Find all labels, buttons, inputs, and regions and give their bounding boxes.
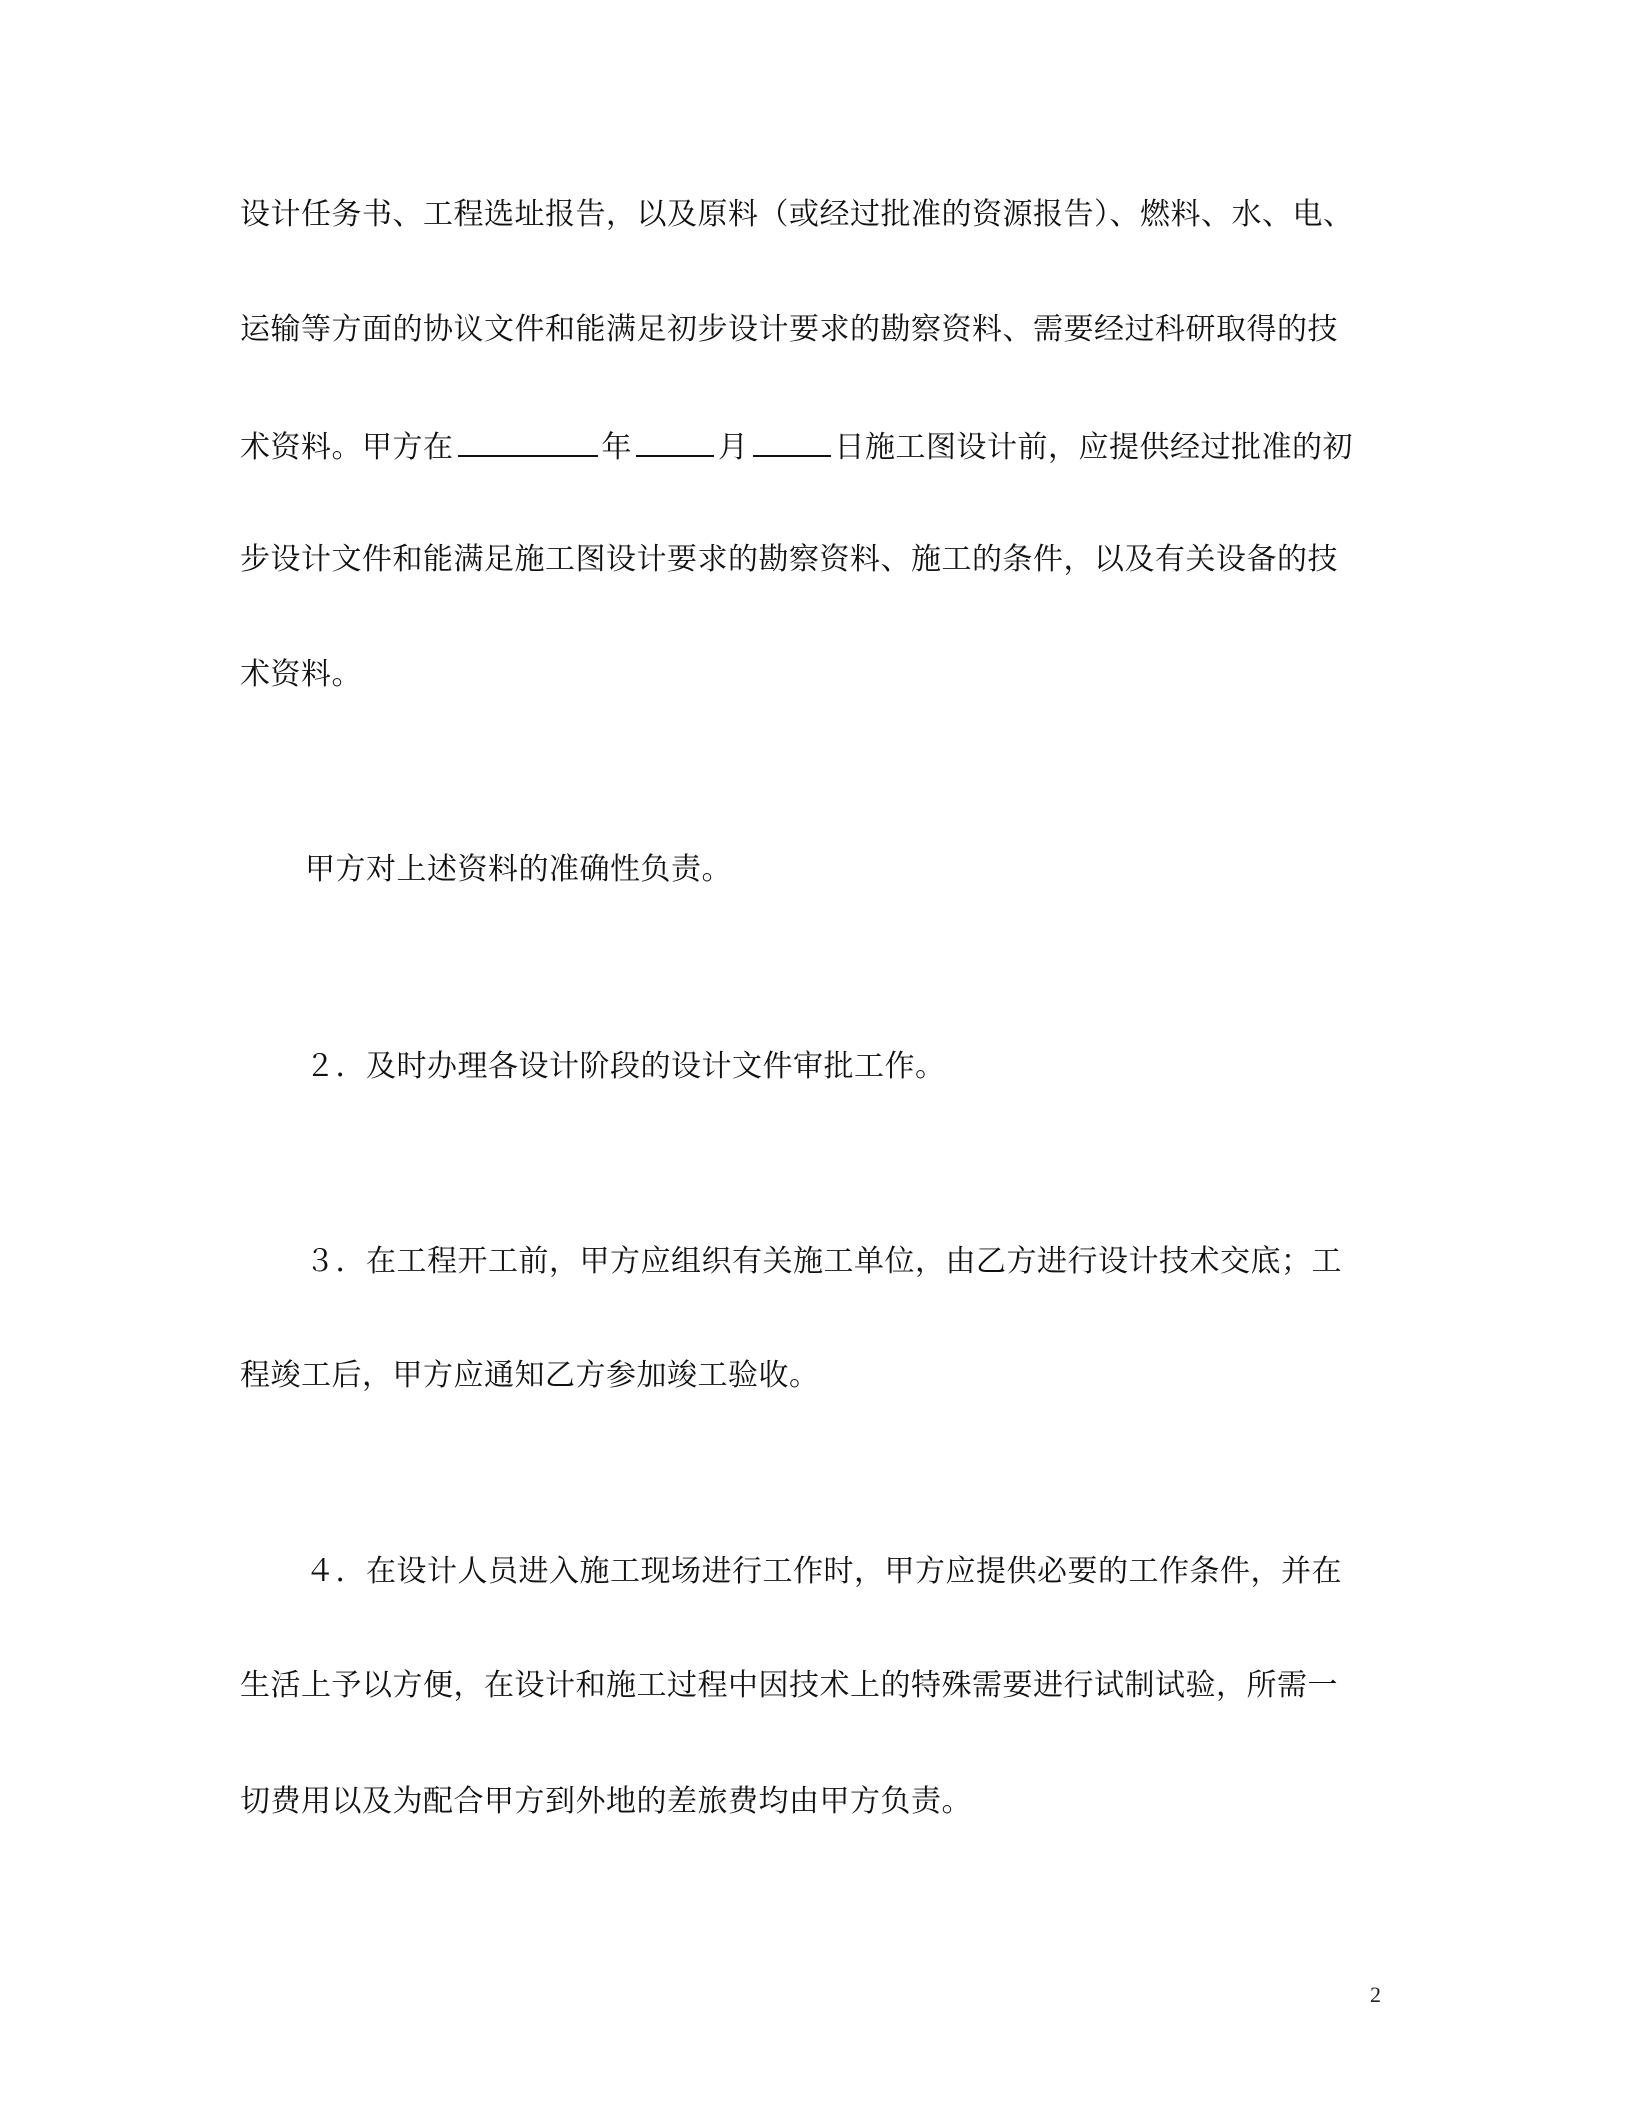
paragraph-1-line-4: 步设计文件和能满足施工图设计要求的勘察资料、施工的条件，以及有关设备的技 <box>240 540 1338 580</box>
paragraph-1-line-2: 运输等方面的协议文件和能满足初步设计要求的勘察资料、需要经过科研取得的技 <box>240 310 1338 350</box>
clause-item-2: ２．及时办理各设计阶段的设计文件审批工作。 <box>305 1047 946 1087</box>
year-label: 年 <box>602 430 633 465</box>
month-blank-field[interactable] <box>636 425 714 457</box>
page-number: 2 <box>1370 1982 1381 2008</box>
clause-item-4-line-1: ４．在设计人员进入施工现场进行工作时，甲方应提供必要的工作条件，并在 <box>305 1552 1342 1592</box>
paragraph-1-line-3: 术资料。甲方在年月日施工图设计前，应提供经过批准的初 <box>240 425 1353 468</box>
document-page: 设计任务书、工程选址报告，以及原料（或经过批准的资源报告）、燃料、水、电、 运输… <box>0 0 1632 2112</box>
paragraph-2: 甲方对上述资料的准确性负责。 <box>305 850 732 890</box>
date-clause-prefix: 术资料。甲方在 <box>240 430 454 465</box>
year-blank-field[interactable] <box>458 425 598 457</box>
clause-item-3-line-1: ３．在工程开工前，甲方应组织有关施工单位，由乙方进行设计技术交底；工 <box>305 1242 1342 1282</box>
day-label-and-suffix: 日施工图设计前，应提供经过批准的初 <box>835 430 1354 465</box>
paragraph-1-line-5: 术资料。 <box>240 655 362 695</box>
paragraph-1-line-1: 设计任务书、工程选址报告，以及原料（或经过批准的资源报告）、燃料、水、电、 <box>240 195 1354 235</box>
clause-item-4-line-2: 生活上予以方便，在设计和施工过程中因技术上的特殊需要进行试制试验，所需一 <box>240 1666 1338 1706</box>
clause-item-4-line-3: 切费用以及为配合甲方到外地的差旅费均由甲方负责。 <box>240 1782 972 1822</box>
clause-item-3-line-2: 程竣工后，甲方应通知乙方参加竣工验收。 <box>240 1356 820 1396</box>
month-label: 月 <box>718 430 749 465</box>
day-blank-field[interactable] <box>753 425 831 457</box>
